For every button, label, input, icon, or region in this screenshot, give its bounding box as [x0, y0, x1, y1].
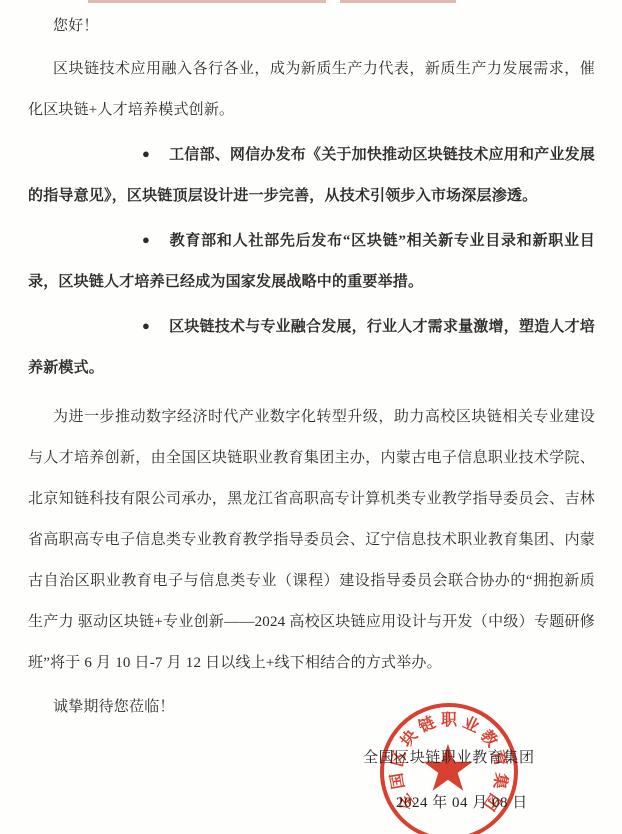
letter-page: 您好！ 区块链技术应用融入各行各业，成为新质生产力代表，新质生产力发展需求，催化…	[0, 0, 622, 834]
signature-date: 2024 年 04 月 08 日	[396, 791, 526, 815]
letter-body: 您好！ 区块链技术应用融入各行各业，成为新质生产力代表，新质生产力发展需求，催化…	[28, 6, 595, 731]
seal-arc-char: 集	[489, 770, 510, 791]
cutoff-red-header-fragment	[340, 0, 456, 3]
bullet-item: ●区块链技术与专业融合发展，行业人才需求量激增，塑造人才培养新模式。	[28, 306, 595, 389]
bullet-item: ●工信部、网信办发布《关于加快推动区块链技术应用和产业发展的指导意见》，区块链顶…	[28, 134, 595, 217]
seal-arc-char: 国	[388, 770, 409, 791]
signature-org: 全国区块链职业教育集团	[363, 744, 523, 772]
bullet-item: ●教育部和人社部先后发布“区块链”相关新专业目录和新职业目录，区块链人才培养已经…	[28, 220, 595, 303]
cutoff-red-header-fragment	[88, 0, 326, 3]
intro-paragraph: 区块链技术应用融入各行各业，成为新质生产力代表，新质生产力发展需求，催化区块链+…	[28, 49, 595, 131]
main-paragraph: 为进一步推动数字经济时代产业数字化转型升级，助力高校区块链相关专业建设与人才培养…	[28, 397, 595, 684]
closing-line: 诚挚期待您莅临！	[28, 687, 595, 728]
bullet-icon: ●	[85, 219, 150, 260]
bullet-icon: ●	[85, 305, 150, 346]
seal-arc-char: 职	[440, 712, 458, 730]
bullet-icon: ●	[85, 133, 150, 174]
greeting-line: 您好！	[28, 6, 595, 47]
